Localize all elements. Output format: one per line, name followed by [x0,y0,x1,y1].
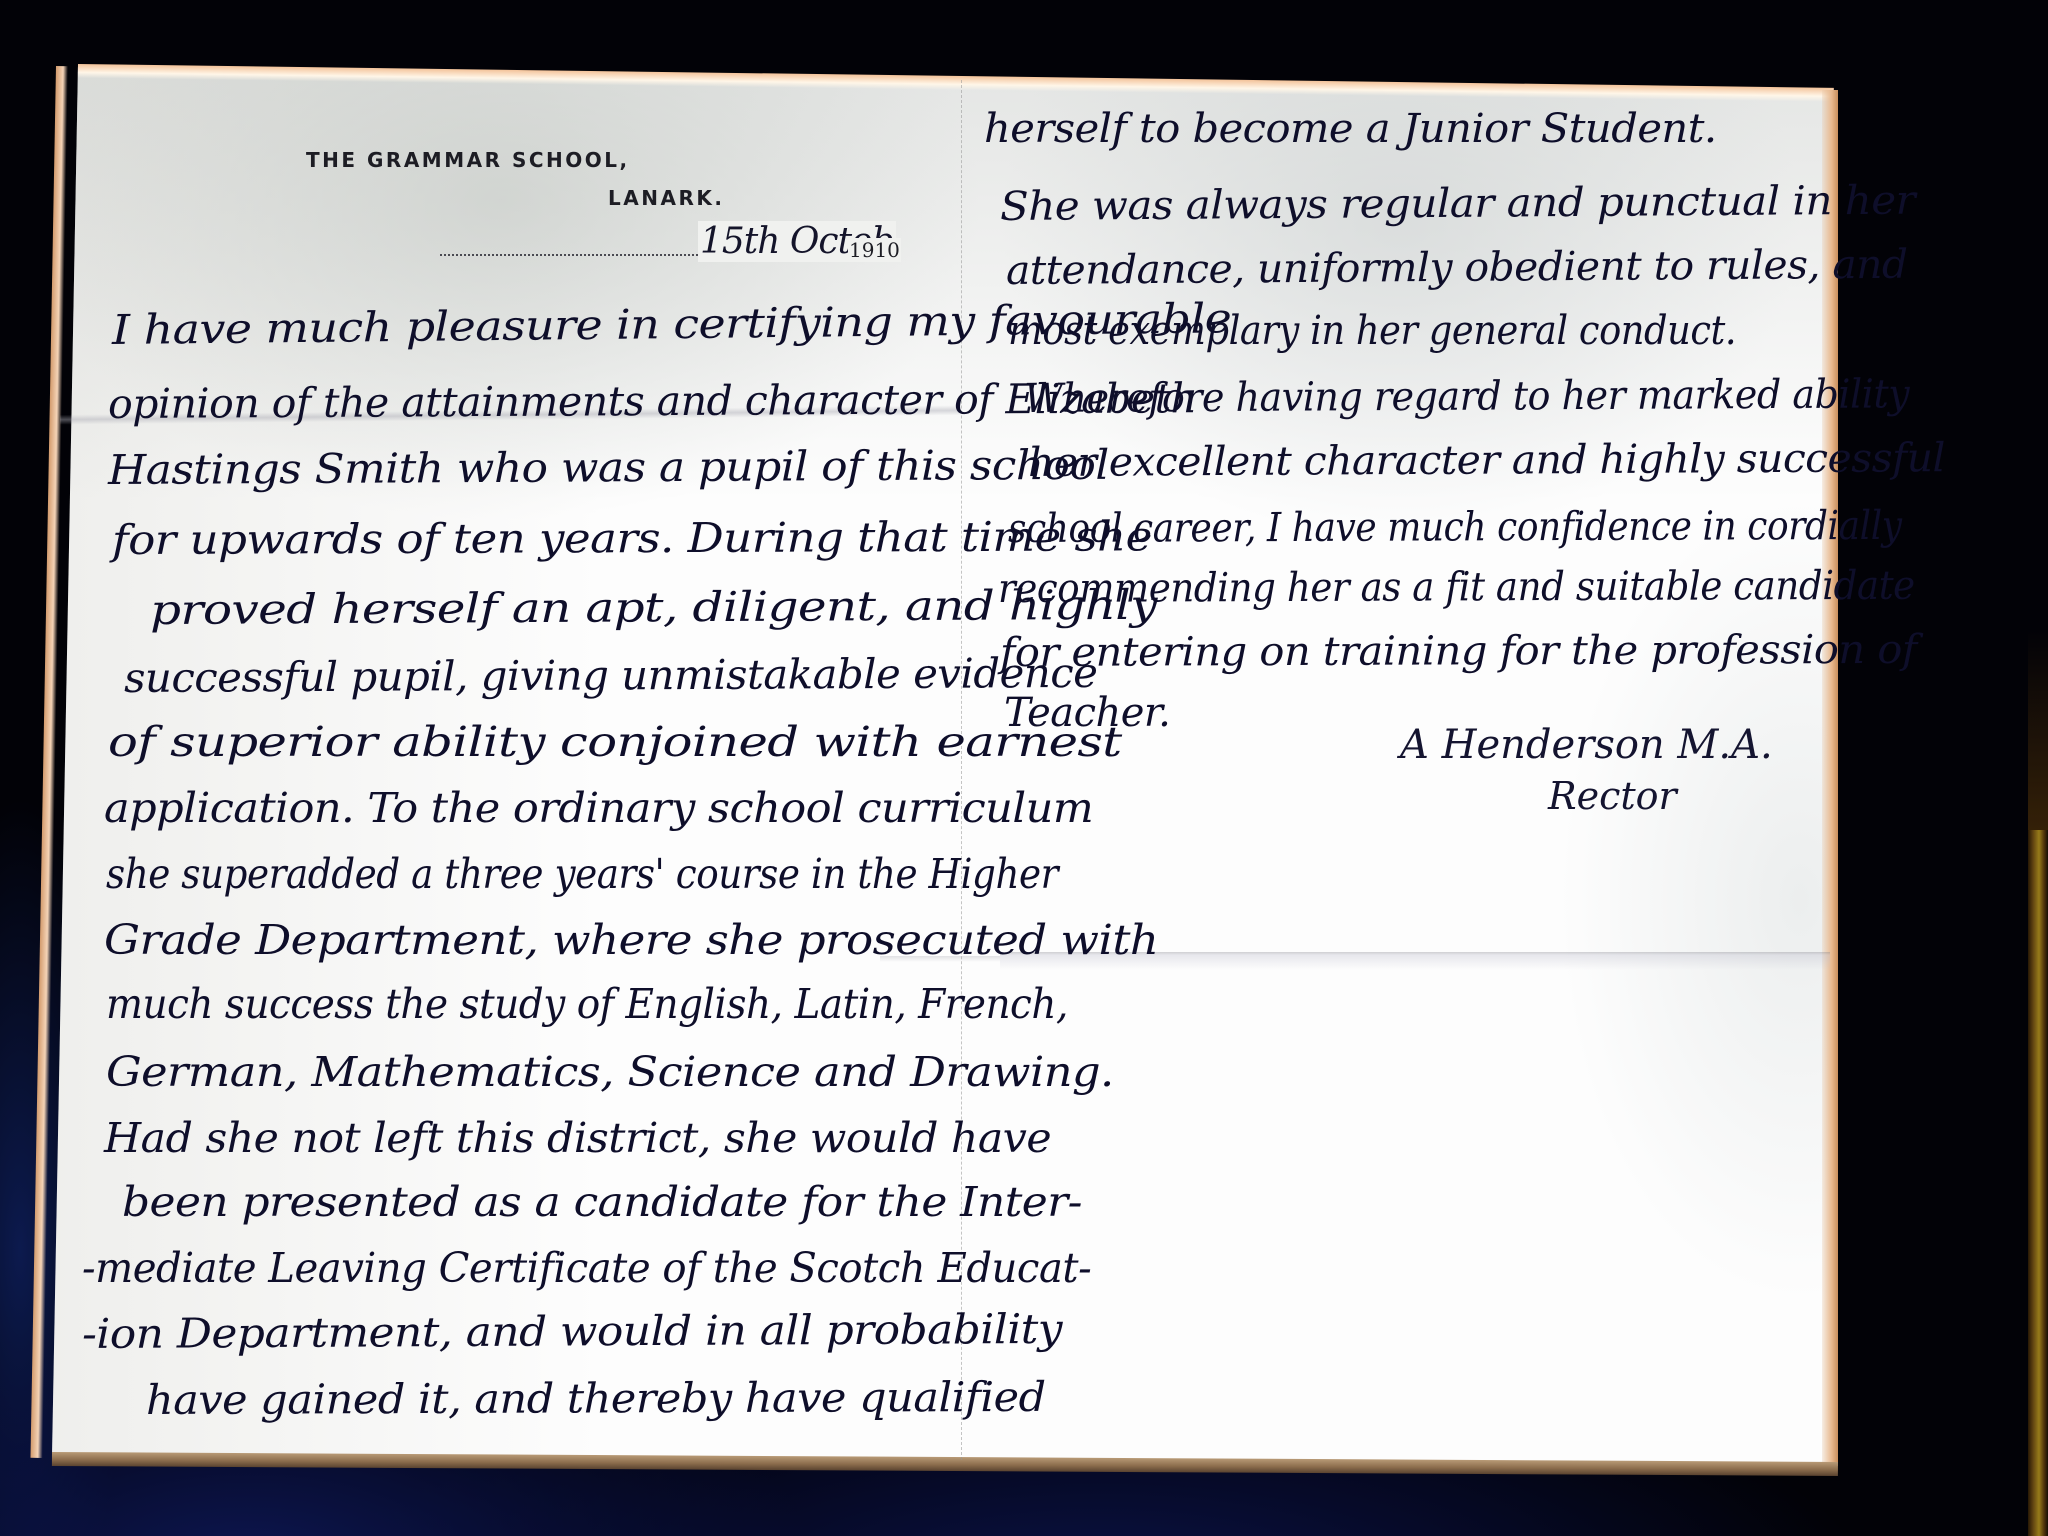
letter-line: German, Mathematics, Science and Drawing… [106,1048,1114,1096]
letter-line: Wherefore having regard to her marked ab… [1024,371,1909,422]
letter-line: recommending her as a fit and suitable c… [998,563,1915,612]
letter-line: she superadded a three years' course in … [106,850,1058,898]
letter-line: have gained it, and thereby have qualifi… [146,1373,1046,1424]
letter-line: for upwards of ten years. During that ti… [112,512,1152,564]
letter-line: of superior ability conjoined with earne… [108,718,1122,766]
letter-line: her excellent character and highly succe… [1028,435,1945,486]
letter-line: Grade Department, where she prosecuted w… [104,916,1158,964]
signature-title: Rector [1548,774,1677,818]
letter-line: Teacher. [1004,690,1170,736]
letter-line: much success the study of English, Latin… [106,980,1068,1028]
letter-line: Had she not left this district, she woul… [104,1114,1051,1162]
letterhead-town: LANARK. [608,186,724,210]
letter-line: -mediate Leaving Certificate of the Scot… [82,1244,1091,1292]
gilt-frame-edge [2028,830,2048,1536]
letter-line: school career, I have much confidence in… [1008,503,1902,552]
letter-line: successful pupil, giving unmistakable ev… [124,649,1098,702]
letter-line: been presented as a candidate for the In… [122,1178,1082,1226]
letter-line: She was always regular and punctual in h… [1000,178,1915,230]
date-line: 15th Octob 1910 [440,226,910,266]
letter-line: -ion Department, and would in all probab… [82,1305,1062,1358]
letter-line: attendance, uniformly obedient to rules,… [1006,242,1908,294]
mount-edge-right [1822,90,1838,1466]
signature-name: A Henderson M.A. [1400,722,1773,768]
letterhead-institution: THE GRAMMAR SCHOOL, [306,148,630,172]
letter-line: most exemplary in her general conduct. [1008,308,1736,354]
letter-line: application. To the ordinary school curr… [104,784,1093,832]
printed-year: 1910 [848,238,901,262]
letter-line: herself to become a Junior Student. [984,106,1717,152]
letter-line: for entering on training for the profess… [1000,627,1917,676]
letter-line: Hastings Smith who was a pupil of this s… [108,441,1109,494]
